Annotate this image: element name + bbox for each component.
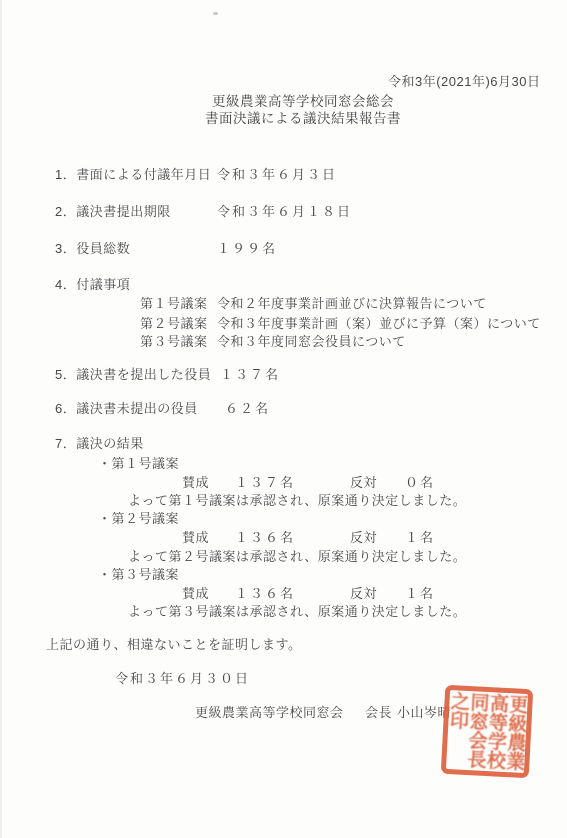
result-1-against-count: ０名 [405,476,435,490]
result-2-for-label: 賛成 [182,531,209,545]
result-2-for-count: １３６名 [235,531,295,545]
result-1-against-label: 反対 [350,476,377,490]
scanned-document-page: 令和3年(2021年)6月30日 更級農業高等学校同窓会総会 書面決議による議決… [0,0,567,838]
item-4-label: 4．付議事項 [55,278,130,292]
item-5-value: １３７名 [220,368,280,382]
agenda-2-text: 令和３年度事業計画（案）並びに予算（案）について [217,317,541,331]
agenda-1-tag: 第１号議案 [140,297,208,311]
agenda-3-tag: 第３号議案 [140,335,208,349]
document-date: 令和3年(2021年)6月30日 [388,75,541,89]
item-6-label: 6．議決書未提出の役員 [55,402,198,416]
signature-organization: 更級農業高等学校同窓会 [195,706,344,720]
result-1-bullet: ・第１号議案 [98,457,179,471]
seal-text: 更級農業高等学校同窓会長之印 [446,690,528,773]
president-seal-stamp: 更級農業高等学校同窓会長之印 [441,685,534,778]
item-1-label: 1．書面による付議年月日 [55,168,211,182]
result-2-against-label: 反対 [350,531,377,545]
result-3-bullet: ・第３号議案 [98,568,179,582]
result-2-bullet: ・第２号議案 [98,512,179,526]
item-3-label: 3．役員総数 [55,242,130,256]
item-6-value: ６２名 [225,402,270,416]
certification-date: 令和３年６月３０日 [115,672,250,686]
item-2-label: 2．議決書提出期限 [55,205,171,219]
item-7-label: 7．議決の結果 [55,437,144,451]
agenda-3-text: 令和３年度同窓会役員について [217,335,406,349]
result-3-against-label: 反対 [350,587,377,601]
signature-title: 会長 [365,706,392,720]
result-1-conclusion: よって第１号議案は承認され、原案通り決定しました。 [128,494,466,508]
certification-statement: 上記の通り、相違ないことを証明します。 [46,638,301,652]
result-3-for-count: １３６名 [235,587,295,601]
document-title-line1: 更級農業高等学校同窓会総会 [212,95,394,109]
scan-artifact [213,12,218,15]
result-2-against-count: １名 [405,531,435,545]
result-2-conclusion: よって第２号議案は承認され、原案通り決定しました。 [128,550,466,564]
item-3-value: １９９名 [217,242,277,256]
agenda-1-text: 令和２年度事業計画並びに決算報告について [217,297,487,311]
item-5-label: 5．議決書を提出した役員 [55,368,211,382]
result-1-for-label: 賛成 [182,476,209,490]
item-2-value: 令和３年６月１８日 [217,205,352,219]
result-3-against-count: １名 [405,587,435,601]
item-1-value: 令和３年６月３日 [217,168,337,182]
result-3-conclusion: よって第３号議案は承認され、原案通り決定しました。 [128,605,466,619]
document-title-line2: 書面決議による議決結果報告書 [205,112,401,126]
result-3-for-label: 賛成 [182,587,209,601]
agenda-2-tag: 第２号議案 [140,317,208,331]
result-1-for-count: １３７名 [235,476,295,490]
